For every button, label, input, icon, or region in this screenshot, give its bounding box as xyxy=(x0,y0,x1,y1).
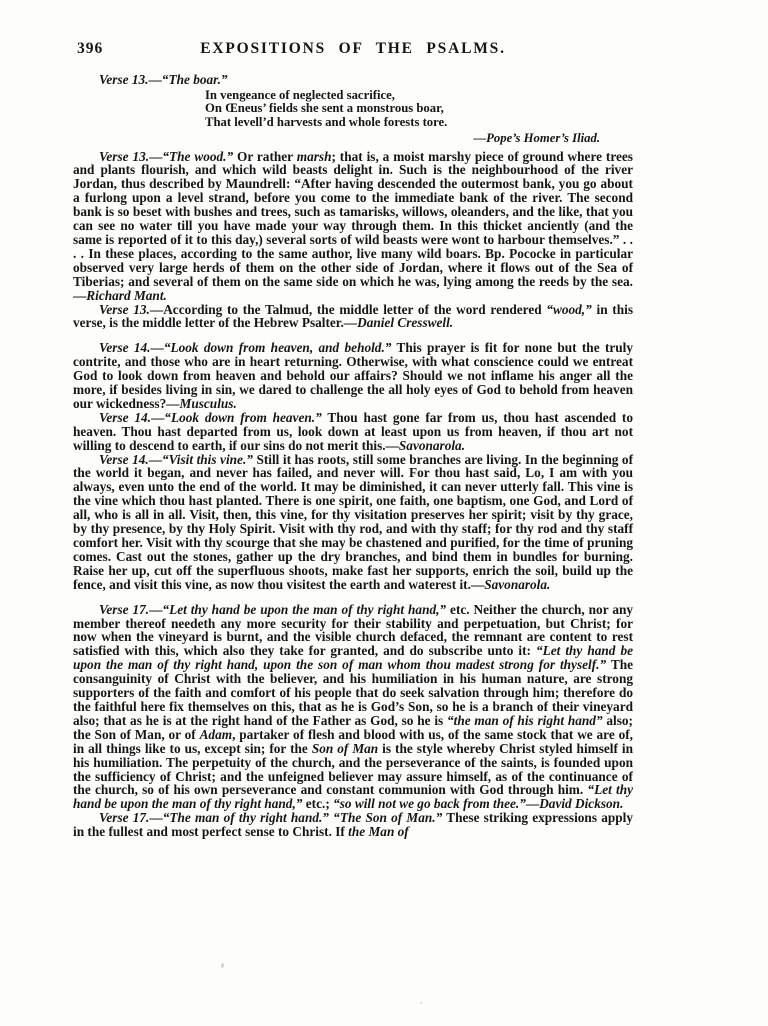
scanned-book-page: { "page": { "number": "396", "title": "E… xyxy=(0,0,768,1026)
text-run: — xyxy=(149,810,162,825)
italic-text-run: Daniel Cresswell. xyxy=(357,315,453,330)
verse-14-visit-vine: Verse 14.—“Visit this vine.” Still it ha… xyxy=(73,453,633,592)
page-header: 396 EXPOSITIONS OF THE PSALMS. xyxy=(73,40,633,60)
verse-13-wood: Verse 13.—“The wood.” Or rather marsh; t… xyxy=(73,150,633,303)
verse-17-striking-expressions: Verse 17.—“The man of thy right hand.” “… xyxy=(73,811,633,839)
running-head-title: EXPOSITIONS OF THE PSALMS. xyxy=(73,40,633,58)
text-run: — xyxy=(149,602,162,617)
italic-text-run: “The wood.” xyxy=(162,149,233,164)
italic-text-run: the Man of xyxy=(348,824,409,839)
italic-text-run: “wood,” xyxy=(546,302,591,317)
italic-text-run: marsh xyxy=(297,149,332,164)
italic-text-run: Son of Man xyxy=(312,741,378,756)
text-run: —According to the Talmud, the middle let… xyxy=(150,302,546,317)
italic-text-run: “the man of his right hand” xyxy=(447,713,603,728)
text-run: ; that is, a moist marshy piece of groun… xyxy=(73,149,633,303)
text-run: — xyxy=(149,452,162,467)
text-run: — xyxy=(526,796,539,811)
text-run: — xyxy=(149,72,162,87)
italic-text-run: Richard Mant. xyxy=(86,288,167,303)
text-run: — xyxy=(149,149,162,164)
verse-13-boar-heading: Verse 13.—“The boar.” xyxy=(73,73,633,87)
italic-text-run: “The boar.” xyxy=(162,72,228,87)
book-page: 396 EXPOSITIONS OF THE PSALMS. Verse 13.… xyxy=(73,40,633,839)
italic-text-run: “Let thy hand be upon the man of thy rig… xyxy=(162,602,446,617)
page-number: 396 xyxy=(77,40,103,58)
italic-text-run: David Dickson. xyxy=(539,796,623,811)
italic-text-run: Savonarola. xyxy=(399,438,465,453)
italic-text-run: Verse 14. xyxy=(99,340,151,355)
italic-text-run: Verse 17. xyxy=(99,602,149,617)
verse-14-look-down-behold: Verse 14.—“Look down from heaven, and be… xyxy=(73,341,633,411)
scan-speck xyxy=(420,1002,422,1004)
poem-line: That levell’d harvests and whole forests… xyxy=(205,116,633,129)
italic-text-run: Verse 14. xyxy=(99,410,151,425)
poem-attribution: —Pope’s Homer’s Iliad. xyxy=(73,132,600,145)
verse-17-let-thy-hand: Verse 17.—“Let thy hand be upon the man … xyxy=(73,603,633,812)
poem-line: In vengeance of neglected sacrifice, xyxy=(205,89,633,102)
poem-line: On Œneus’ fields she sent a monstrous bo… xyxy=(205,102,633,115)
italic-text-run: Verse 17. xyxy=(99,810,149,825)
verse-14-look-down: Verse 14.—“Look down from heaven.” Thou … xyxy=(73,411,633,453)
italic-text-run: “so will not we go back from thee.” xyxy=(333,796,526,811)
text-run: — xyxy=(151,410,164,425)
italic-text-run: Musculus. xyxy=(180,396,237,411)
italic-text-run: “The man of thy right hand.” “The Son of… xyxy=(163,810,443,825)
text-run: Still it has roots, still some branches … xyxy=(73,452,633,592)
italic-text-run: Verse 14. xyxy=(99,452,149,467)
verse-13-talmud: Verse 13.—According to the Talmud, the m… xyxy=(73,303,633,331)
italic-text-run: Savonarola. xyxy=(484,577,550,592)
text-run: etc.; xyxy=(302,796,333,811)
italic-text-run: Verse 13. xyxy=(99,302,150,317)
italic-text-run: Verse 13. xyxy=(99,72,149,87)
page-content: Verse 13.—“The boar.”In vengeance of neg… xyxy=(73,73,633,839)
text-run: — xyxy=(151,340,164,355)
italic-text-run: “Look down from heaven, and behold.” xyxy=(164,340,392,355)
italic-text-run: Verse 13. xyxy=(99,149,149,164)
scan-speck xyxy=(221,963,224,968)
text-run: Or rather xyxy=(233,149,297,164)
italic-text-run: “Visit this vine.” xyxy=(162,452,253,467)
italic-text-run: “Look down from heaven.” xyxy=(164,410,321,425)
italic-text-run: Adam xyxy=(200,727,233,742)
poem-block: In vengeance of neglected sacrifice,On Œ… xyxy=(73,89,633,146)
